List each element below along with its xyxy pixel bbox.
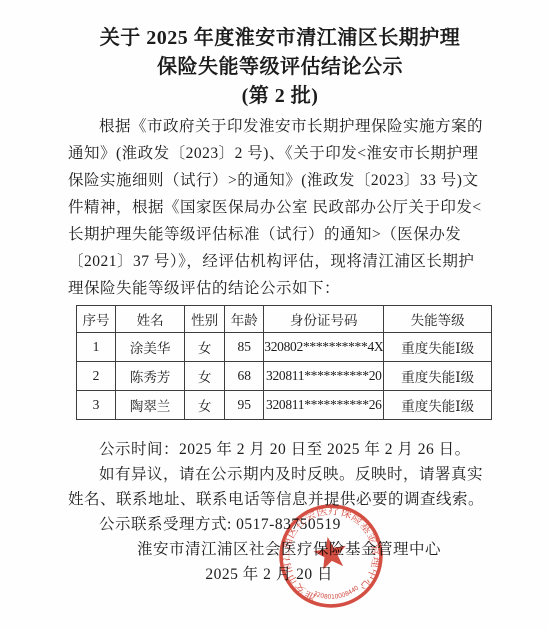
cell-gender: 女 [185, 391, 225, 420]
cell-disability-level: 重度失能Ⅰ级 [384, 391, 492, 420]
document-footer: 公示时间：2025 年 2 月 20 日至 2025 年 2 月 26 日。 如… [68, 437, 492, 587]
table-row: 2 陈秀芳 女 68 320811**********20 重度失能Ⅰ级 [77, 362, 492, 391]
cell-age: 85 [225, 333, 264, 362]
cell-disability-level: 重度失能Ⅰ级 [384, 362, 492, 391]
cell-age: 68 [225, 362, 264, 391]
contact-method-text: 公示联系受理方式: 0517-83750519 [68, 512, 492, 537]
issuer-name: 淮安市清江浦区社会医疗保险基金管理中心 [68, 537, 492, 562]
column-header-gender: 性别 [185, 306, 225, 333]
document-title-line-3: (第 2 批) [68, 82, 492, 111]
cell-gender: 女 [185, 333, 225, 362]
cell-index: 1 [77, 333, 116, 362]
issue-date: 2025 年 2 月 20 日 [68, 562, 492, 587]
table-row: 1 涂美华 女 85 320802**********4X 重度失能Ⅰ级 [77, 333, 492, 362]
document-content: 关于 2025 年度淮安市清江浦区长期护理 保险失能等级评估结论公示 (第 2 … [0, 0, 548, 630]
cell-index: 2 [77, 362, 116, 391]
objection-note-text: 如有异议，请在公示期内及时反映。反映时，请署真实 姓名、联系地址、联系电话等信息… [68, 462, 492, 512]
document-title-line-2: 保险失能等级评估结论公示 [68, 53, 492, 82]
cell-gender: 女 [185, 362, 225, 391]
column-header-name: 姓名 [116, 306, 185, 333]
cell-index: 3 [77, 391, 116, 420]
document-title: 关于 2025 年度淮安市清江浦区长期护理 保险失能等级评估结论公示 (第 2 … [68, 24, 492, 111]
cell-name: 陶翠兰 [116, 391, 185, 420]
table-row: 3 陶翠兰 女 95 320811**********26 重度失能Ⅰ级 [77, 391, 492, 420]
cell-id-number: 320811**********20 [264, 362, 384, 391]
cell-id-number: 320811**********26 [264, 391, 384, 420]
column-header-id-number: 身份证号码 [264, 306, 384, 333]
assessment-results-table: 序号 姓名 性别 年龄 身份证号码 失能等级 1 涂美华 女 85 320802… [76, 305, 492, 420]
column-header-disability-level: 失能等级 [384, 306, 492, 333]
cell-name: 涂美华 [116, 333, 185, 362]
document-title-line-1: 关于 2025 年度淮安市清江浦区长期护理 [68, 24, 492, 53]
cell-name: 陈秀芳 [116, 362, 185, 391]
cell-age: 95 [225, 391, 264, 420]
body-paragraph: 根据《市政府关于印发淮安市长期护理保险实施方案的 通知》(淮政发〔2023〕2 … [68, 113, 492, 302]
scanned-announcement-page: 关于 2025 年度淮安市清江浦区长期护理 保险失能等级评估结论公示 (第 2 … [0, 0, 548, 630]
column-header-index: 序号 [77, 306, 116, 333]
cell-disability-level: 重度失能Ⅰ级 [384, 333, 492, 362]
column-header-age: 年龄 [225, 306, 264, 333]
publicity-period-text: 公示时间：2025 年 2 月 20 日至 2025 年 2 月 26 日。 [68, 437, 492, 462]
cell-id-number: 320802**********4X [264, 333, 384, 362]
table-header-row: 序号 姓名 性别 年龄 身份证号码 失能等级 [77, 306, 492, 333]
